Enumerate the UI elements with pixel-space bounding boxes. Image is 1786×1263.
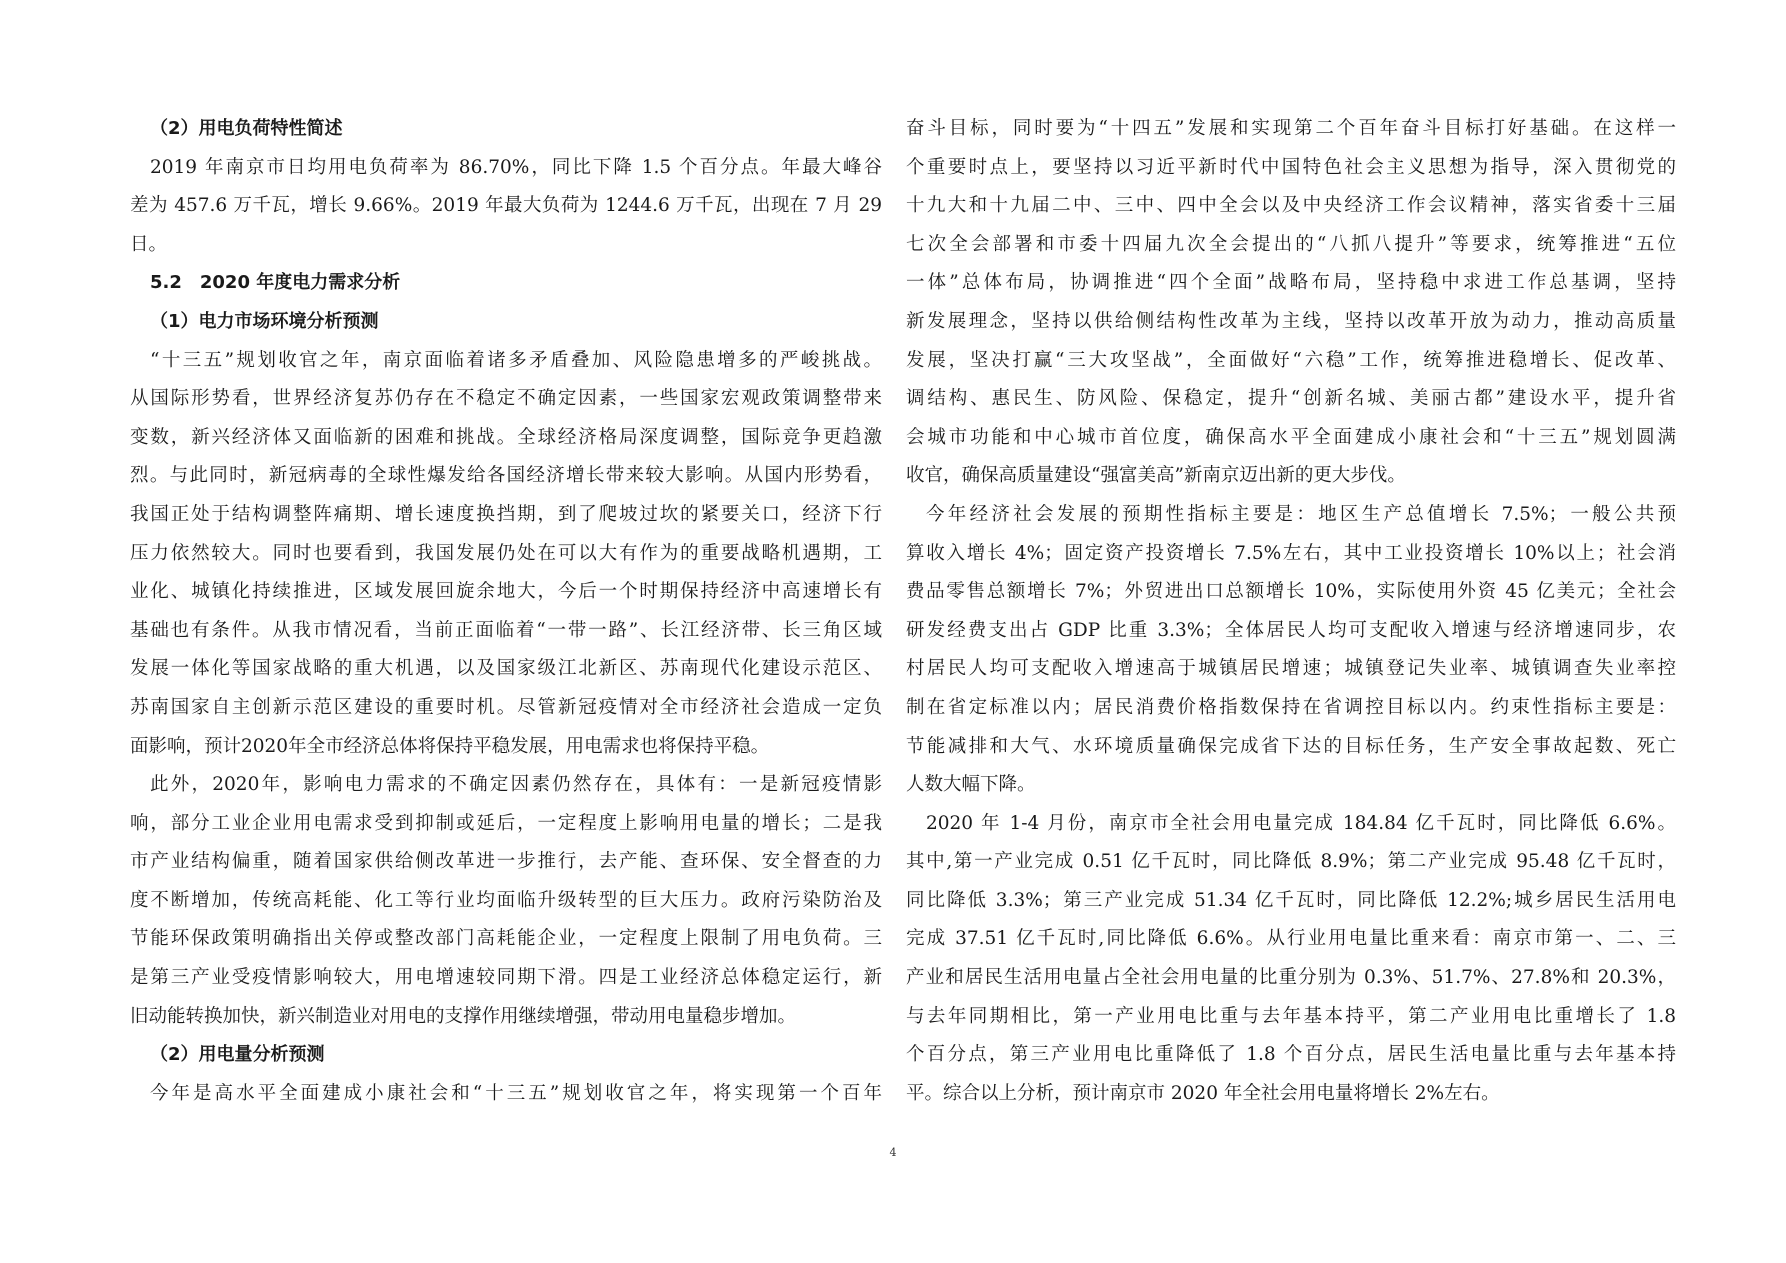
text-line: 研发经费支出占 GDP 比重 3.3%；全体居民人均可支配收入增速与经济增速同步…	[906, 612, 1676, 651]
text-line: 七次全会部署和市委十四届九次全会提出的“八抓八提升”等要求，统筹推进“五位	[906, 226, 1676, 265]
text-line: 同比降低 3.3%；第三产业完成 51.34 亿千瓦时，同比降低 12.2%;城…	[906, 882, 1676, 921]
text-line: 苏南国家自主创新示范区建设的重要时机。尽管新冠疫情对全市经济社会造成一定负	[130, 689, 882, 728]
text-line: 村居民人均可支配收入增速高于城镇居民增速；城镇登记失业率、城镇调查失业率控	[906, 650, 1676, 689]
paragraph-last-line: 旧动能转换加快，新兴制造业对用电的支撑作用继续增强，带动用电量稳步增加。	[130, 998, 882, 1037]
text-line: 新发展理念，坚持以供给侧结构性改革为主线，坚持以改革开放为动力，推动高质量	[906, 303, 1676, 342]
text-line: 其中,第一产业完成 0.51 亿千瓦时，同比降低 8.9%；第二产业完成 95.…	[906, 843, 1676, 882]
section-heading: （2）用电负荷特性简述	[130, 110, 882, 149]
text-line: 节能环保政策明确指出关停或整改部门高耗能企业，一定程度上限制了用电负荷。三	[130, 920, 882, 959]
left-column: （2）用电负荷特性简述2019 年南京市日均用电负荷率为 86.70%，同比下降…	[130, 110, 882, 1113]
text-line: 差为 457.6 万千瓦，增长 9.66%。2019 年最大负荷为 1244.6…	[130, 187, 882, 226]
section-heading: （2）用电量分析预测	[130, 1036, 882, 1075]
text-line: 算收入增长 4%；固定资产投资增长 7.5%左右，其中工业投资增长 10%以上；…	[906, 535, 1676, 574]
text-line: 完成 37.51 亿千瓦时,同比降低 6.6%。从行业用电量比重来看：南京市第一…	[906, 920, 1676, 959]
paragraph-first-line: 今年是高水平全面建成小康社会和“十三五”规划收官之年，将实现第一个百年	[130, 1075, 882, 1114]
section-heading: （1）电力市场环境分析预测	[130, 303, 882, 342]
text-line: 发展一体化等国家战略的重大机遇，以及国家级江北新区、苏南现代化建设示范区、	[130, 650, 882, 689]
text-line: 业化、城镇化持续推进，区域发展回旋余地大，今后一个时期保持经济中高速增长有	[130, 573, 882, 612]
paragraph-first-line: 2020 年 1-4 月份，南京市全社会用电量完成 184.84 亿千瓦时，同比…	[906, 805, 1676, 844]
text-line: 个百分点，第三产业用电比重降低了 1.8 个百分点，居民生活电量比重与去年基本持	[906, 1036, 1676, 1075]
paragraph-last-line: 人数大幅下降。	[906, 766, 1676, 805]
page-number: 4	[0, 1146, 1786, 1159]
paragraph-first-line: “十三五”规划收官之年，南京面临着诸多矛盾叠加、风险隐患增多的严峻挑战。	[130, 342, 882, 381]
text-line: 节能减排和大气、水环境质量确保完成省下达的目标任务，生产安全事故起数、死亡	[906, 728, 1676, 767]
text-line: 压力依然较大。同时也要看到，我国发展仍处在可以大有作为的重要战略机遇期，工	[130, 535, 882, 574]
text-line: 烈。与此同时，新冠病毒的全球性爆发给各国经济增长带来较大影响。从国内形势看，	[130, 457, 882, 496]
text-line: 制在省定标准以内；居民消费价格指数保持在省调控目标以内。约束性指标主要是：	[906, 689, 1676, 728]
paragraph-last-line: 日。	[130, 226, 882, 265]
text-line: 响，部分工业企业用电需求受到抑制或延后，一定程度上影响用电量的增长；二是我	[130, 805, 882, 844]
section-heading: 5.2 2020 年度电力需求分析	[130, 264, 882, 303]
text-line: 奋斗目标，同时要为“十四五”发展和实现第二个百年奋斗目标打好基础。在这样一	[906, 110, 1676, 149]
paragraph-first-line: 2019 年南京市日均用电负荷率为 86.70%，同比下降 1.5 个百分点。年…	[130, 149, 882, 188]
paragraph-first-line: 今年经济社会发展的预期性指标主要是：地区生产总值增长 7.5%；一般公共预	[906, 496, 1676, 535]
text-line: 是第三产业受疫情影响较大，用电增速较同期下滑。四是工业经济总体稳定运行，新	[130, 959, 882, 998]
text-line: 会城市功能和中心城市首位度，确保高水平全面建成小康社会和“十三五”规划圆满	[906, 419, 1676, 458]
text-line: 与去年同期相比，第一产业用电比重与去年基本持平，第二产业用电比重增长了 1.8	[906, 998, 1676, 1037]
paragraph-last-line: 面影响，预计2020年全市经济总体将保持平稳发展，用电需求也将保持平稳。	[130, 728, 882, 767]
text-line: 调结构、惠民生、防风险、保稳定，提升“创新名城、美丽古都”建设水平，提升省	[906, 380, 1676, 419]
text-line: 从国际形势看，世界经济复苏仍存在不稳定不确定因素，一些国家宏观政策调整带来	[130, 380, 882, 419]
text-line: 发展，坚决打赢“三大攻坚战”，全面做好“六稳”工作，统筹推进稳增长、促改革、	[906, 342, 1676, 381]
paragraph-first-line: 此外，2020年，影响电力需求的不确定因素仍然存在，具体有：一是新冠疫情影	[130, 766, 882, 805]
text-line: 我国正处于结构调整阵痛期、增长速度换挡期，到了爬坡过坎的紧要关口，经济下行	[130, 496, 882, 535]
text-line: 一体”总体布局，协调推进“四个全面”战略布局，坚持稳中求进工作总基调，坚持	[906, 264, 1676, 303]
text-line: 度不断增加，传统高耗能、化工等行业均面临升级转型的巨大压力。政府污染防治及	[130, 882, 882, 921]
text-line: 变数，新兴经济体又面临新的困难和挑战。全球经济格局深度调整，国际竞争更趋激	[130, 419, 882, 458]
text-line: 产业和居民生活用电量占全社会用电量的比重分别为 0.3%、51.7%、27.8%…	[906, 959, 1676, 998]
paragraph-last-line: 平。综合以上分析，预计南京市 2020 年全社会用电量将增长 2%左右。	[906, 1075, 1676, 1114]
text-line: 费品零售总额增长 7%；外贸进出口总额增长 10%，实际使用外资 45 亿美元；…	[906, 573, 1676, 612]
text-line: 基础也有条件。从我市情况看，当前正面临着“一带一路”、长江经济带、长三角区域	[130, 612, 882, 651]
text-line: 十九大和十九届二中、三中、四中全会以及中央经济工作会议精神，落实省委十三届	[906, 187, 1676, 226]
paragraph-last-line: 收官，确保高质量建设“强富美高”新南京迈出新的更大步伐。	[906, 457, 1676, 496]
right-column: 奋斗目标，同时要为“十四五”发展和实现第二个百年奋斗目标打好基础。在这样一个重要…	[906, 110, 1676, 1113]
text-line: 市产业结构偏重，随着国家供给侧改革进一步推行，去产能、查环保、安全督查的力	[130, 843, 882, 882]
text-line: 个重要时点上，要坚持以习近平新时代中国特色社会主义思想为指导，深入贯彻党的	[906, 149, 1676, 188]
